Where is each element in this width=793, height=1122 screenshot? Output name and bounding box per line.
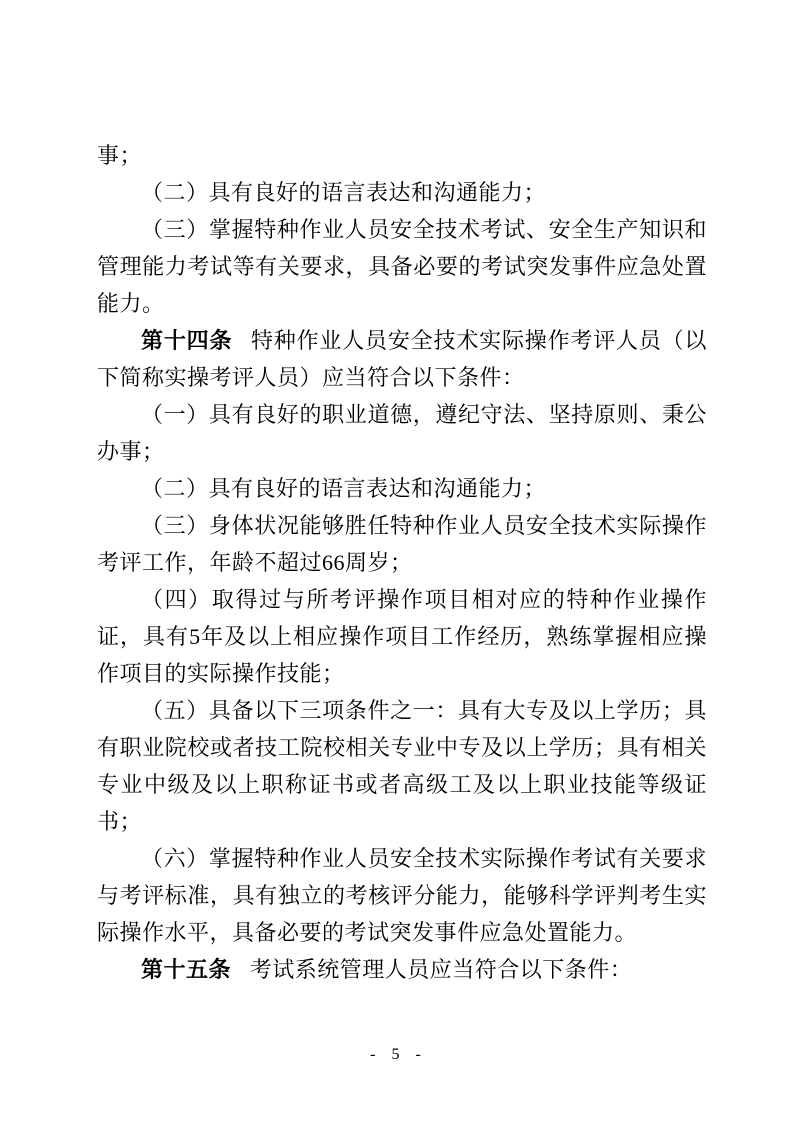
paragraph-text: （二）具有良好的语言表达和沟通能力； [141, 180, 546, 205]
document-page: 事； （二）具有良好的语言表达和沟通能力； （三）掌握特种作业人员安全技术考试、… [0, 0, 793, 1122]
paragraph-text: （四）取得过与所考评操作项目相对应的特种作业操作证，具有5年及以上相应操作项目工… [97, 587, 707, 686]
paragraph: （二）具有良好的语言表达和沟通能力； [97, 174, 707, 211]
paragraph-article-14: 第十四条特种作业人员安全技术实际操作考评人员（以下简称实操考评人员）应当符合以下… [97, 322, 707, 396]
paragraph-text: （三）掌握特种作业人员安全技术考试、安全生产知识和管理能力考试等有关要求，具备必… [97, 217, 707, 316]
paragraph-text: （五）具备以下三项条件之一：具有大专及以上学历；具有职业院校或者技工院校相关专业… [97, 698, 707, 834]
article-number: 第十五条 [141, 957, 231, 982]
paragraph-text: 考试系统管理人员应当符合以下条件： [250, 957, 633, 982]
paragraph: （三）掌握特种作业人员安全技术考试、安全生产知识和管理能力考试等有关要求，具备必… [97, 211, 707, 322]
paragraph: （三）身体状况能够胜任特种作业人员安全技术实际操作考评工作，年龄不超过66周岁； [97, 507, 707, 581]
paragraph-text: 事； [97, 143, 142, 168]
paragraph-text: （二）具有良好的语言表达和沟通能力； [141, 476, 546, 501]
paragraph: （四）取得过与所考评操作项目相对应的特种作业操作证，具有5年及以上相应操作项目工… [97, 581, 707, 692]
paragraph: （一）具有良好的职业道德，遵纪守法、坚持原则、秉公办事； [97, 396, 707, 470]
paragraph: （二）具有良好的语言表达和沟通能力； [97, 470, 707, 507]
article-number: 第十四条 [141, 328, 232, 353]
paragraph: （六）掌握特种作业人员安全技术实际操作考试有关要求与考评标准，具有独立的考核评分… [97, 840, 707, 951]
paragraph-article-15: 第十五条考试系统管理人员应当符合以下条件： [97, 951, 707, 988]
page-number: - 5 - [0, 1046, 793, 1064]
paragraph-text: （三）身体状况能够胜任特种作业人员安全技术实际操作考评工作，年龄不超过66周岁； [97, 513, 707, 575]
paragraph: （五）具备以下三项条件之一：具有大专及以上学历；具有职业院校或者技工院校相关专业… [97, 692, 707, 840]
paragraph: 事； [97, 137, 707, 174]
paragraph-text: （六）掌握特种作业人员安全技术实际操作考试有关要求与考评标准，具有独立的考核评分… [97, 846, 707, 945]
paragraph-text: （一）具有良好的职业道德，遵纪守法、坚持原则、秉公办事； [97, 402, 707, 464]
document-body: 事； （二）具有良好的语言表达和沟通能力； （三）掌握特种作业人员安全技术考试、… [97, 137, 707, 988]
